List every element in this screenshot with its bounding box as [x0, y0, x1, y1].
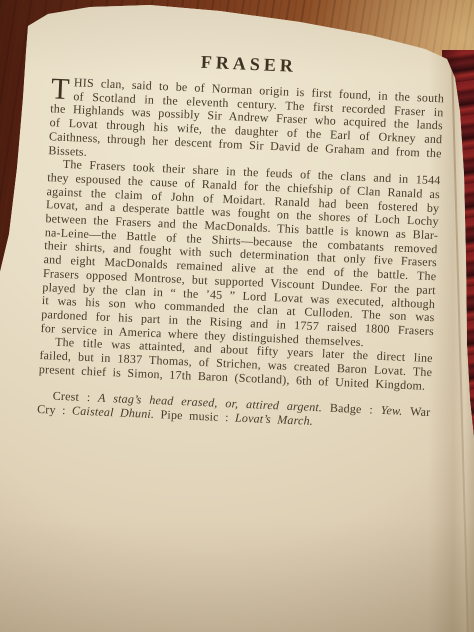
badge-label: Badge :	[330, 401, 374, 417]
page-text-block: FRASER THIS clan, said to be of Norman o…	[37, 45, 446, 434]
book-page-photo: FRASER THIS clan, said to be of Norman o…	[0, 0, 474, 632]
warcry-value: Caisteal Dhuni.	[72, 404, 155, 422]
pipemusic-value: Lovat’s March.	[235, 411, 314, 428]
badge-value: Yew.	[380, 403, 402, 418]
book-page: FRASER THIS clan, said to be of Norman o…	[0, 0, 474, 632]
crest-badge-warcry-line: Crest : A stag’s head erased, or, attire…	[37, 389, 431, 434]
paragraph-clan-origin-text: HIS clan, said to be of Norman origin is…	[48, 75, 444, 160]
paragraph-clan-feuds: The Frasers took their share in the feud…	[40, 157, 440, 352]
dropcap-letter: T	[51, 75, 75, 102]
pipemusic-label: Pipe music :	[160, 407, 229, 424]
